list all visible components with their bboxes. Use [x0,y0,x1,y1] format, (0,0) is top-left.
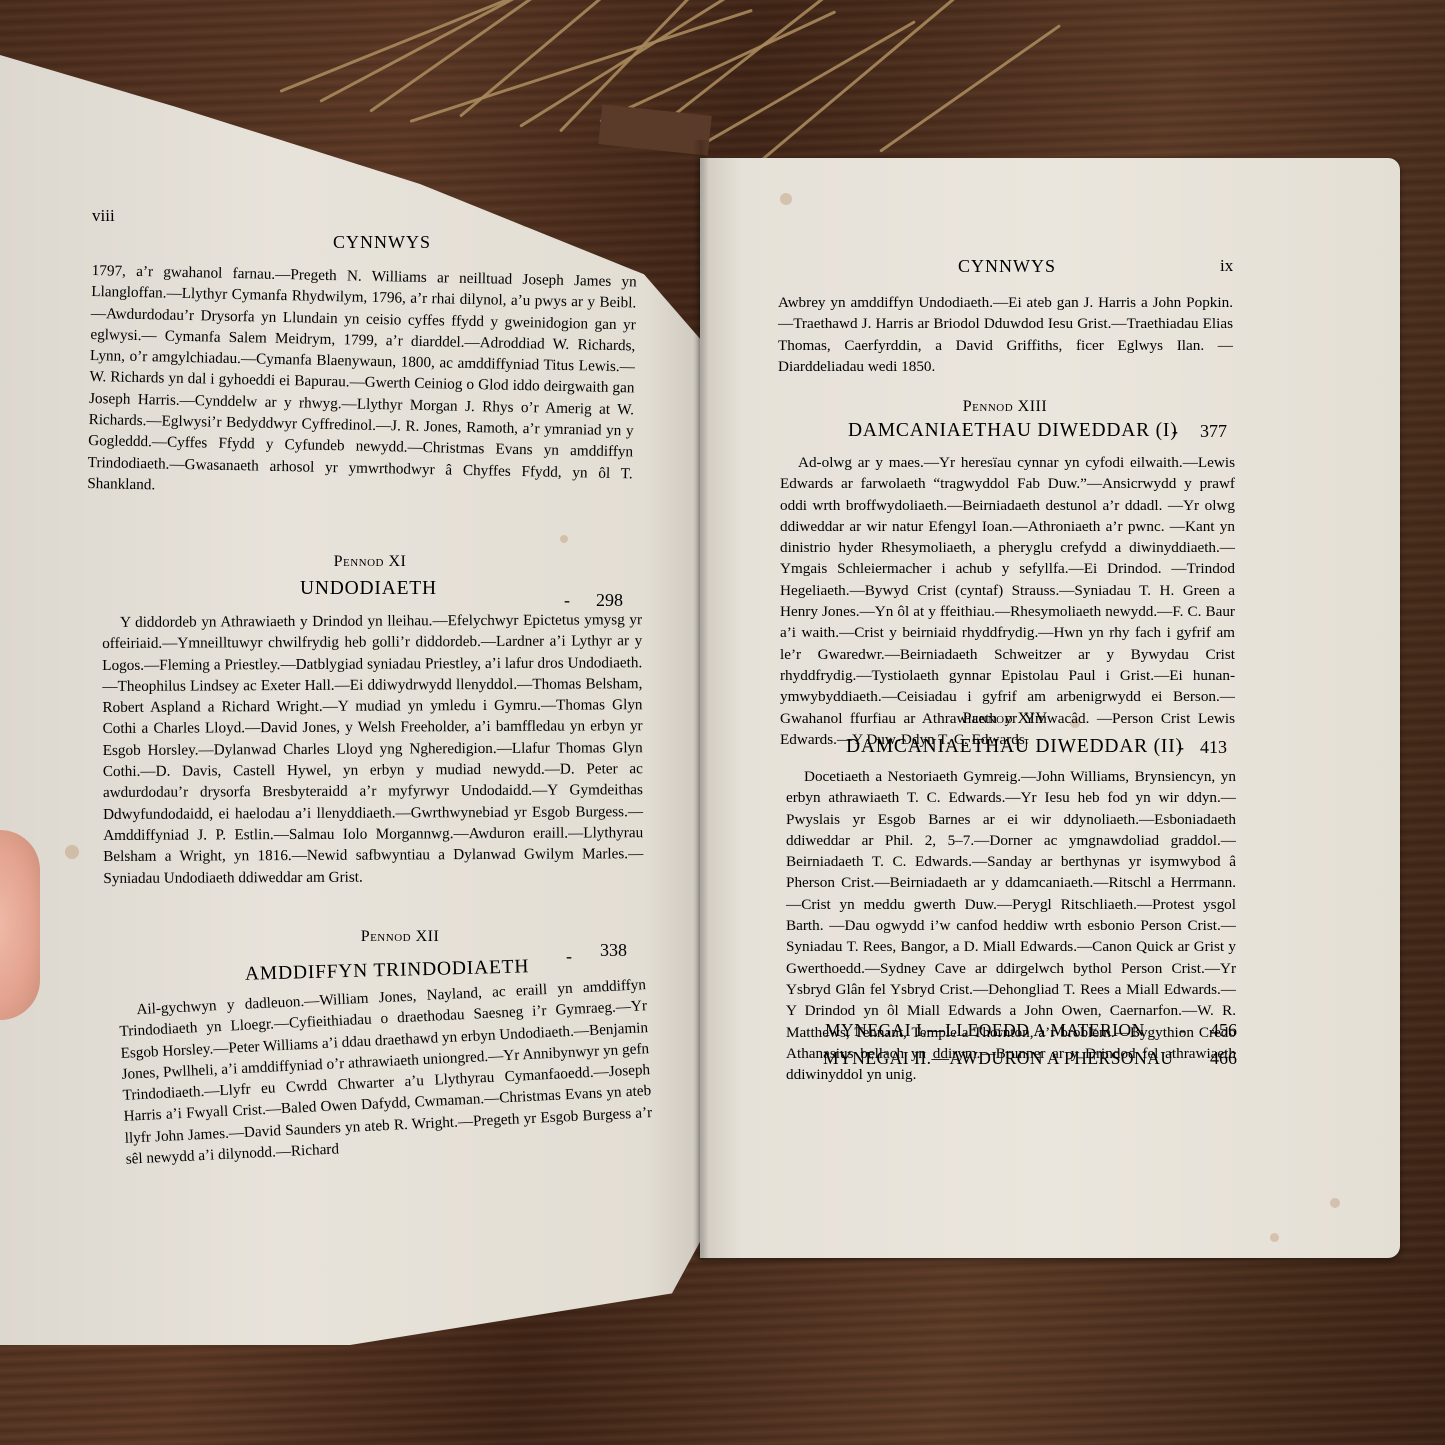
chapter-summary-xi: Y diddordeb yn Athrawiaeth y Drindod yn … [102,609,643,889]
chapter-leader-xiii: - [1172,421,1178,442]
index-page-places: 456 [1210,1020,1237,1041]
index-page-authors: 466 [1210,1048,1237,1069]
chapter-page-xii: 338 [600,940,627,961]
summary-text: Ail-gychwyn y dadleuon.—William Jones, N… [118,974,654,1170]
chapter-summary-xii: Ail-gychwyn y dadleuon.—William Jones, N… [118,974,654,1170]
chapter-title-xiv: DAMCANIAETHAU DIWEDDAR (II) [846,736,1183,758]
chapter-leader-xii: - [566,946,572,967]
continued-summary: 1797, a’r gwahanol farnau.—Pregeth N. Wi… [87,260,637,506]
left-running-head: CYNNWYS [333,232,431,253]
index-entry-places: MYNEGAI I.—LLEOEDD A MATERION [825,1020,1145,1041]
chapter-leader-xiv: - [1178,737,1184,758]
chapter-title-xiii: DAMCANIAETHAU DIWEDDAR (I) [848,420,1178,442]
chapter-page-xiv: 413 [1200,737,1227,758]
chapter-leader-xi: - [564,590,570,611]
pine-needles-decoration [260,0,1260,170]
right-folio: ix [1220,256,1233,276]
chapter-page-xiii: 377 [1200,421,1227,442]
summary-text: Y diddordeb yn Athrawiaeth y Drindod yn … [102,609,643,889]
chapter-label-xi: Pennod XI [300,553,440,571]
book-gutter [693,140,709,1260]
holding-thumb [0,830,40,1020]
chapter-label-xii: Pennod XII [330,928,470,946]
index-leader-places: - [1180,1020,1186,1041]
chapter-summary-xiii: Ad-olwg ar y maes.—Yr heresïau cynnar yn… [780,452,1235,750]
chapter-page-xi: 298 [596,590,623,611]
chapter-title-xi: UNDODIAETH [300,578,437,600]
index-entry-authors: MYNEGAI II.—AWDURON A PHERSONAU [823,1048,1174,1069]
chapter-label-xiv: Pennod XIV [935,710,1075,728]
left-continued-text: 1797, a’r gwahanol farnau.—Pregeth N. Wi… [87,260,637,506]
chapter-label-xiii: Pennod XIII [935,398,1075,416]
continued-summary: Awbrey yn amddiffyn Undodiaeth.—Ei ateb … [778,292,1233,377]
summary-text: Ad-olwg ar y maes.—Yr heresïau cynnar yn… [780,452,1235,750]
right-continued-text: Awbrey yn amddiffyn Undodiaeth.—Ei ateb … [778,292,1233,377]
left-folio: viii [92,206,115,226]
right-running-head: CYNNWYS [958,256,1056,277]
